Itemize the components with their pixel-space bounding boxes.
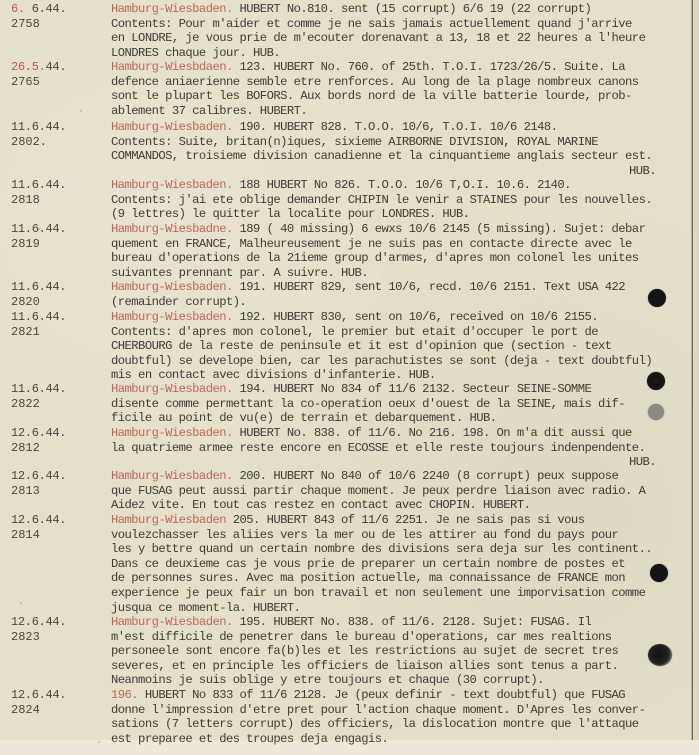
message-text: que FUSAG peut aussi partir chaque momen… (111, 484, 645, 498)
message-line: quement en FRANCE, Malheureusement je ne… (111, 237, 696, 252)
message-line: HUB. (111, 164, 696, 179)
message-line: mis en contact avec divisions d'infanter… (111, 368, 696, 383)
entry-serial-number: 2824 (11, 703, 40, 718)
entry-date: 11.6.44. (11, 120, 66, 135)
message-line: Hamburg-Wiesbaden. HUBERT No. 838. of 11… (111, 426, 696, 441)
entry-date-rest: 12.6.44. (11, 469, 66, 483)
message-source-station: Hamburg-Wiesbadne. (111, 222, 233, 236)
message-text: est preparee et des troupes deja engagis… (111, 732, 388, 746)
message-line: sont le plupart les BOFORS. Aux bords no… (111, 89, 696, 104)
entry-date: 6. 6.44. (11, 2, 66, 17)
message-line: la quatrieme armee reste encore en ECOSS… (111, 441, 696, 456)
paper-speck (38, 228, 40, 230)
message-text: LONDRES chaque jour. HUB. (111, 46, 280, 60)
message-line: Hamburg-Wiesbadne. 189 ( 40 missing) 6 e… (111, 222, 696, 237)
message-line: Hamburg-Wiesbaden. 200. HUBERT No 840 of… (111, 469, 696, 484)
message-line: en LONDRE, je vous prie de m'ecouter dor… (111, 31, 696, 46)
message-line: experience je peux fair un bon travail e… (111, 586, 696, 601)
entry-serial-number: 2820 (11, 295, 40, 310)
entry-date-rest: 11.6.44. (11, 310, 66, 324)
message-text: experience je peux fair un bon travail e… (111, 586, 645, 600)
message-line: Hamburg-Wiesbaden. 192. HUBERT 830, sent… (111, 310, 696, 325)
punch-hole-faint (648, 404, 664, 420)
message-source-station: Hamburg-Wiesbaden (111, 513, 226, 527)
message-text: la quatrieme armee reste encore en ECOSS… (111, 441, 645, 455)
message-text: 194. HUBERT No 834 of 11/6 2132. Secteur… (233, 382, 591, 396)
message-source-station: Hamburg-Wiesbaden. (111, 310, 233, 324)
entry-date-rest: 12.6.44. (11, 513, 66, 527)
message-text: jusqua ce moment-la. HUBERT. (111, 601, 300, 615)
entry-message-body: Hamburg-Wiesbaden. HUBERT No. 838. of 11… (111, 426, 696, 470)
message-text: mis en contact avec divisions d'infanter… (111, 368, 436, 382)
message-line: que FUSAG peut aussi partir chaque momen… (111, 484, 696, 499)
message-line: jusqua ce moment-la. HUBERT. (111, 601, 696, 616)
message-line: disente comme permettant la co-operation… (111, 397, 696, 412)
message-source-station: Hamburg-Wiesbaden. (111, 178, 233, 192)
message-text: 188 HUBERT No 826. T.O.O. 10/6 T,O.I. 10… (233, 178, 571, 192)
message-line: Hamburg-Wiesbdaen. 123. HUBERT No. 760. … (111, 60, 696, 75)
message-text: sations (7 letters corrupt) des officier… (111, 717, 639, 731)
paper-speck (80, 110, 82, 112)
message-text: HUBERT No. 838. of 11/6. No 216. 198. On… (233, 426, 632, 440)
entry-date-rest: 11.6.44. (11, 120, 66, 134)
message-line: ablement 37 calibres. HUBERT. (111, 104, 696, 119)
message-line: defence aniaerienne semble etre renforce… (111, 75, 696, 90)
message-source-station: Hamburg-Wiesbaden. (111, 120, 233, 134)
message-line: Hamburg-Wiesbaden. 194. HUBERT No 834 of… (111, 382, 696, 397)
message-text: Contents: Pour m'aider et comme je ne sa… (111, 17, 632, 31)
message-text: HUB. (629, 164, 656, 178)
entry-date: 11.6.44. (11, 280, 66, 295)
paper-speck (20, 602, 22, 604)
message-text: ficile au point de vu(e) de terrain et d… (111, 411, 497, 425)
message-line: bureau d'operations de la 21ieme group d… (111, 251, 696, 266)
message-text: sont le plupart les BOFORS. Aux bords no… (111, 89, 632, 103)
entry-message-body: Hamburg-Wiesbaden. 190. HUBERT 828. T.O.… (111, 120, 696, 178)
message-text: disente comme permettant la co-operation… (111, 397, 625, 411)
message-text: voulezchasser les aliies vers la mer ou … (111, 528, 618, 542)
entry-serial-number: 2812 (11, 441, 40, 456)
message-line: HUB. (111, 455, 696, 470)
entry-date: 12.6.44. (11, 469, 66, 484)
entry-message-body: Hamburg-Wiesbdaen. 123. HUBERT No. 760. … (111, 60, 696, 118)
message-line: Contents: Pour m'aider et comme je ne sa… (111, 17, 696, 32)
message-line: Contents: Suite, britan(n)iques, sixieme… (111, 135, 696, 150)
entry-message-body: Hamburg-Wiesbaden 205. HUBERT 843 of 11/… (111, 513, 696, 615)
entry-message-body: 196. HUBERT No 833 of 11/6 2128. Je (peu… (111, 688, 696, 746)
message-line: LONDRES chaque jour. HUB. (111, 46, 696, 61)
entry-date: 11.6.44. (11, 310, 66, 325)
message-source-station: Hamburg-Wiesbdaen. (111, 60, 233, 74)
message-line: ficile au point de vu(e) de terrain et d… (111, 411, 696, 426)
message-source-station: Hamburg-Wiesbaden. (111, 469, 233, 483)
entry-serial-number: 2802. (11, 135, 47, 150)
message-text: donne l'impression d'etre pret pour l'ac… (111, 703, 645, 717)
entry-date-rest: 44. (46, 60, 67, 74)
entry-date-rest: 11.6.44. (11, 382, 66, 396)
punch-hole (647, 372, 665, 390)
message-line: CHERBOURG de la reste de peninsule et it… (111, 339, 696, 354)
message-text: COMMANDOS, troisieme division canadienne… (111, 149, 652, 163)
message-text: 200. HUBERT No 840 of 10/6 2240 (8 corru… (233, 469, 619, 483)
message-text: Contents: Suite, britan(n)iques, sixieme… (111, 135, 598, 149)
entry-date-rest: 11.6.44. (11, 280, 66, 294)
message-text: Contents: d'apres mon colonel, le premie… (111, 325, 598, 339)
entry-date: 12.6.44. (11, 688, 66, 703)
entry-date-rest: 11.6.44. (11, 178, 66, 192)
message-line: Dans ce deuxieme cas je vous prie de pre… (111, 557, 696, 572)
entry-serial-number: 2813 (11, 484, 40, 499)
punch-hole (650, 564, 668, 582)
message-text: 123. HUBERT No. 760. of 25th. T.O.I. 172… (233, 60, 625, 74)
message-text: HUBERT No.810. sent (15 corrupt) 6/6 19 … (233, 2, 591, 16)
entry-serial-number: 2814 (11, 528, 40, 543)
message-source-station: Hamburg-Wiesbaden. (111, 615, 233, 629)
entry-date: 11.6.44. (11, 382, 66, 397)
message-source-station: Hamburg-Wiesbaden. (111, 2, 233, 16)
entry-message-body: Hamburg-Wiesbadne. 189 ( 40 missing) 6 e… (111, 222, 696, 280)
message-source-station: Hamburg-Wiesbaden. (111, 280, 233, 294)
message-text: quement en FRANCE, Malheureusement je ne… (111, 237, 632, 251)
message-text: m'est difficile de penetrer dans le bure… (111, 630, 612, 644)
entry-message-body: Hamburg-Wiesbaden. 200. HUBERT No 840 of… (111, 469, 696, 513)
message-line: les y bettre quand un certain nombre des… (111, 542, 696, 557)
entry-message-body: Hamburg-Wiesbaden. 188 HUBERT No 826. T.… (111, 178, 696, 222)
message-line: COMMANDOS, troisieme division canadienne… (111, 149, 696, 164)
message-line: Aidez vite. En tout cas restez en contac… (111, 498, 696, 513)
entry-date-rest: 12.6.44. (11, 426, 66, 440)
message-text: ablement 37 calibres. HUBERT. (111, 104, 307, 118)
entry-message-body: Hamburg-Wiesbaden. 191. HUBERT 829, sent… (111, 280, 696, 309)
entry-serial-number: 2758 (11, 17, 40, 32)
entry-date-rest: 12.6.44. (11, 615, 66, 629)
punch-hole (648, 289, 666, 307)
message-text: 205. HUBERT 843 of 11/6 2251. Je ne sais… (226, 513, 584, 527)
message-text: bureau d'operations de la 21ieme group d… (111, 251, 639, 265)
message-source-station: Hamburg-Wiesbaden. (111, 426, 233, 440)
punch-hole-smudged (648, 644, 672, 666)
entry-serial-number: 2765 (11, 75, 40, 90)
message-text: Aidez vite. En tout cas restez en contac… (111, 498, 530, 512)
message-line: Hamburg-Wiesbaden. HUBERT No.810. sent (… (111, 2, 696, 17)
entry-serial-number: 2819 (11, 237, 40, 252)
message-text: CHERBOURG de la reste de peninsule et it… (111, 339, 612, 353)
message-text: HUB. (629, 455, 656, 469)
entry-serial-number: 2821 (11, 325, 40, 340)
entry-message-body: Hamburg-Wiesbaden. 192. HUBERT 830, sent… (111, 310, 696, 383)
entry-message-body: Hamburg-Wiesbaden. HUBERT No.810. sent (… (111, 2, 696, 60)
message-line: Contents: d'apres mon colonel, le premie… (111, 325, 696, 340)
message-text: Neanmoins je suis oblige y etre toujours… (111, 673, 544, 687)
message-text: Contents: j'ai ete oblige demander CHIPI… (111, 193, 652, 207)
message-line: personeele sont encore fa(b)les et les r… (111, 644, 696, 659)
entry-serial-number: 2822 (11, 397, 40, 412)
message-line: donne l'impression d'etre pret pour l'ac… (111, 703, 696, 718)
message-line: Hamburg-Wiesbaden. 195. HUBERT No. 838. … (111, 615, 696, 630)
message-line: Neanmoins je suis oblige y etre toujours… (111, 673, 696, 688)
message-line: 196. HUBERT No 833 of 11/6 2128. Je (peu… (111, 688, 696, 703)
entry-date: 12.6.44. (11, 513, 66, 528)
entry-date-rest: 12.6.44. (11, 688, 66, 702)
entry-serial-number: 2818 (11, 193, 40, 208)
message-line: Hamburg-Wiesbaden 205. HUBERT 843 of 11/… (111, 513, 696, 528)
message-text: defence aniaerienne semble etre renforce… (111, 75, 639, 89)
message-text: 190. HUBERT 828. T.O.O. 10/6, T.O.I. 10/… (233, 120, 558, 134)
paper-speck (98, 741, 100, 743)
message-text: les y bettre quand un certain nombre des… (111, 542, 652, 556)
message-line: sations (7 letters corrupt) des officier… (111, 717, 696, 732)
entry-date-rest: 6.44. (25, 2, 66, 16)
message-line: Hamburg-Wiesbaden. 190. HUBERT 828. T.O.… (111, 120, 696, 135)
message-text: doubtful) se develope bien, car les para… (111, 354, 652, 368)
entry-date: 12.6.44. (11, 426, 66, 441)
message-text: en LONDRE, je vous prie de m'ecouter dor… (111, 31, 645, 45)
message-text: 192. HUBERT 830, sent on 10/6, received … (233, 310, 598, 324)
entry-message-body: Hamburg-Wiesbaden. 195. HUBERT No. 838. … (111, 615, 696, 688)
entry-date-red-part: 26.5. (11, 60, 46, 74)
message-text: suivantes prennant par. A suivre. HUB. (111, 266, 368, 280)
message-text: (remainder corrupt). (111, 295, 246, 309)
message-source-station: Hamburg-Wiesbaden. (111, 382, 233, 396)
entry-serial-number: 2823 (11, 630, 40, 645)
message-line: suivantes prennant par. A suivre. HUB. (111, 266, 696, 281)
message-text: 189 ( 40 missing) 6 ewxs 10/6 2145 (5 mi… (233, 222, 646, 236)
entry-date-red-part: 6. (11, 2, 25, 16)
message-line: (9 lettres) le quitter la localite pour … (111, 207, 696, 222)
message-text: HUBERT No 833 of 11/6 2128. Je (peux def… (138, 688, 625, 702)
message-line: Hamburg-Wiesbaden. 188 HUBERT No 826. T.… (111, 178, 696, 193)
message-text: personeele sont encore fa(b)les et les r… (111, 644, 618, 658)
message-line: (remainder corrupt). (111, 295, 696, 310)
message-line: est preparee et des troupes deja engagis… (111, 732, 696, 747)
message-line: de personnes sures. Avec ma position act… (111, 571, 696, 586)
message-text: 191. HUBERT 829, sent 10/6, recd. 10/6 2… (233, 280, 625, 294)
entry-message-body: Hamburg-Wiesbaden. 194. HUBERT No 834 of… (111, 382, 696, 426)
message-text: Dans ce deuxieme cas je vous prie de pre… (111, 557, 625, 571)
entry-date: 12.6.44. (11, 615, 66, 630)
message-line: Hamburg-Wiesbaden. 191. HUBERT 829, sent… (111, 280, 696, 295)
message-line: Contents: j'ai ete oblige demander CHIPI… (111, 193, 696, 208)
message-text: severes, et en principle les officiers d… (111, 659, 618, 673)
entry-date: 26.5.44. (11, 60, 66, 75)
message-source-station: 196. (111, 688, 138, 702)
message-text: de personnes sures. Avec ma position act… (111, 571, 625, 585)
message-line: severes, et en principle les officiers d… (111, 659, 696, 674)
message-line: doubtful) se develope bien, car les para… (111, 354, 696, 369)
message-text: (9 lettres) le quitter la localite pour … (111, 207, 469, 221)
entry-date: 11.6.44. (11, 178, 66, 193)
message-line: voulezchasser les aliies vers la mer ou … (111, 528, 696, 543)
message-text: 195. HUBERT No. 838. of 11/6. 2128. Suje… (233, 615, 591, 629)
message-line: m'est difficile de penetrer dans le bure… (111, 630, 696, 645)
